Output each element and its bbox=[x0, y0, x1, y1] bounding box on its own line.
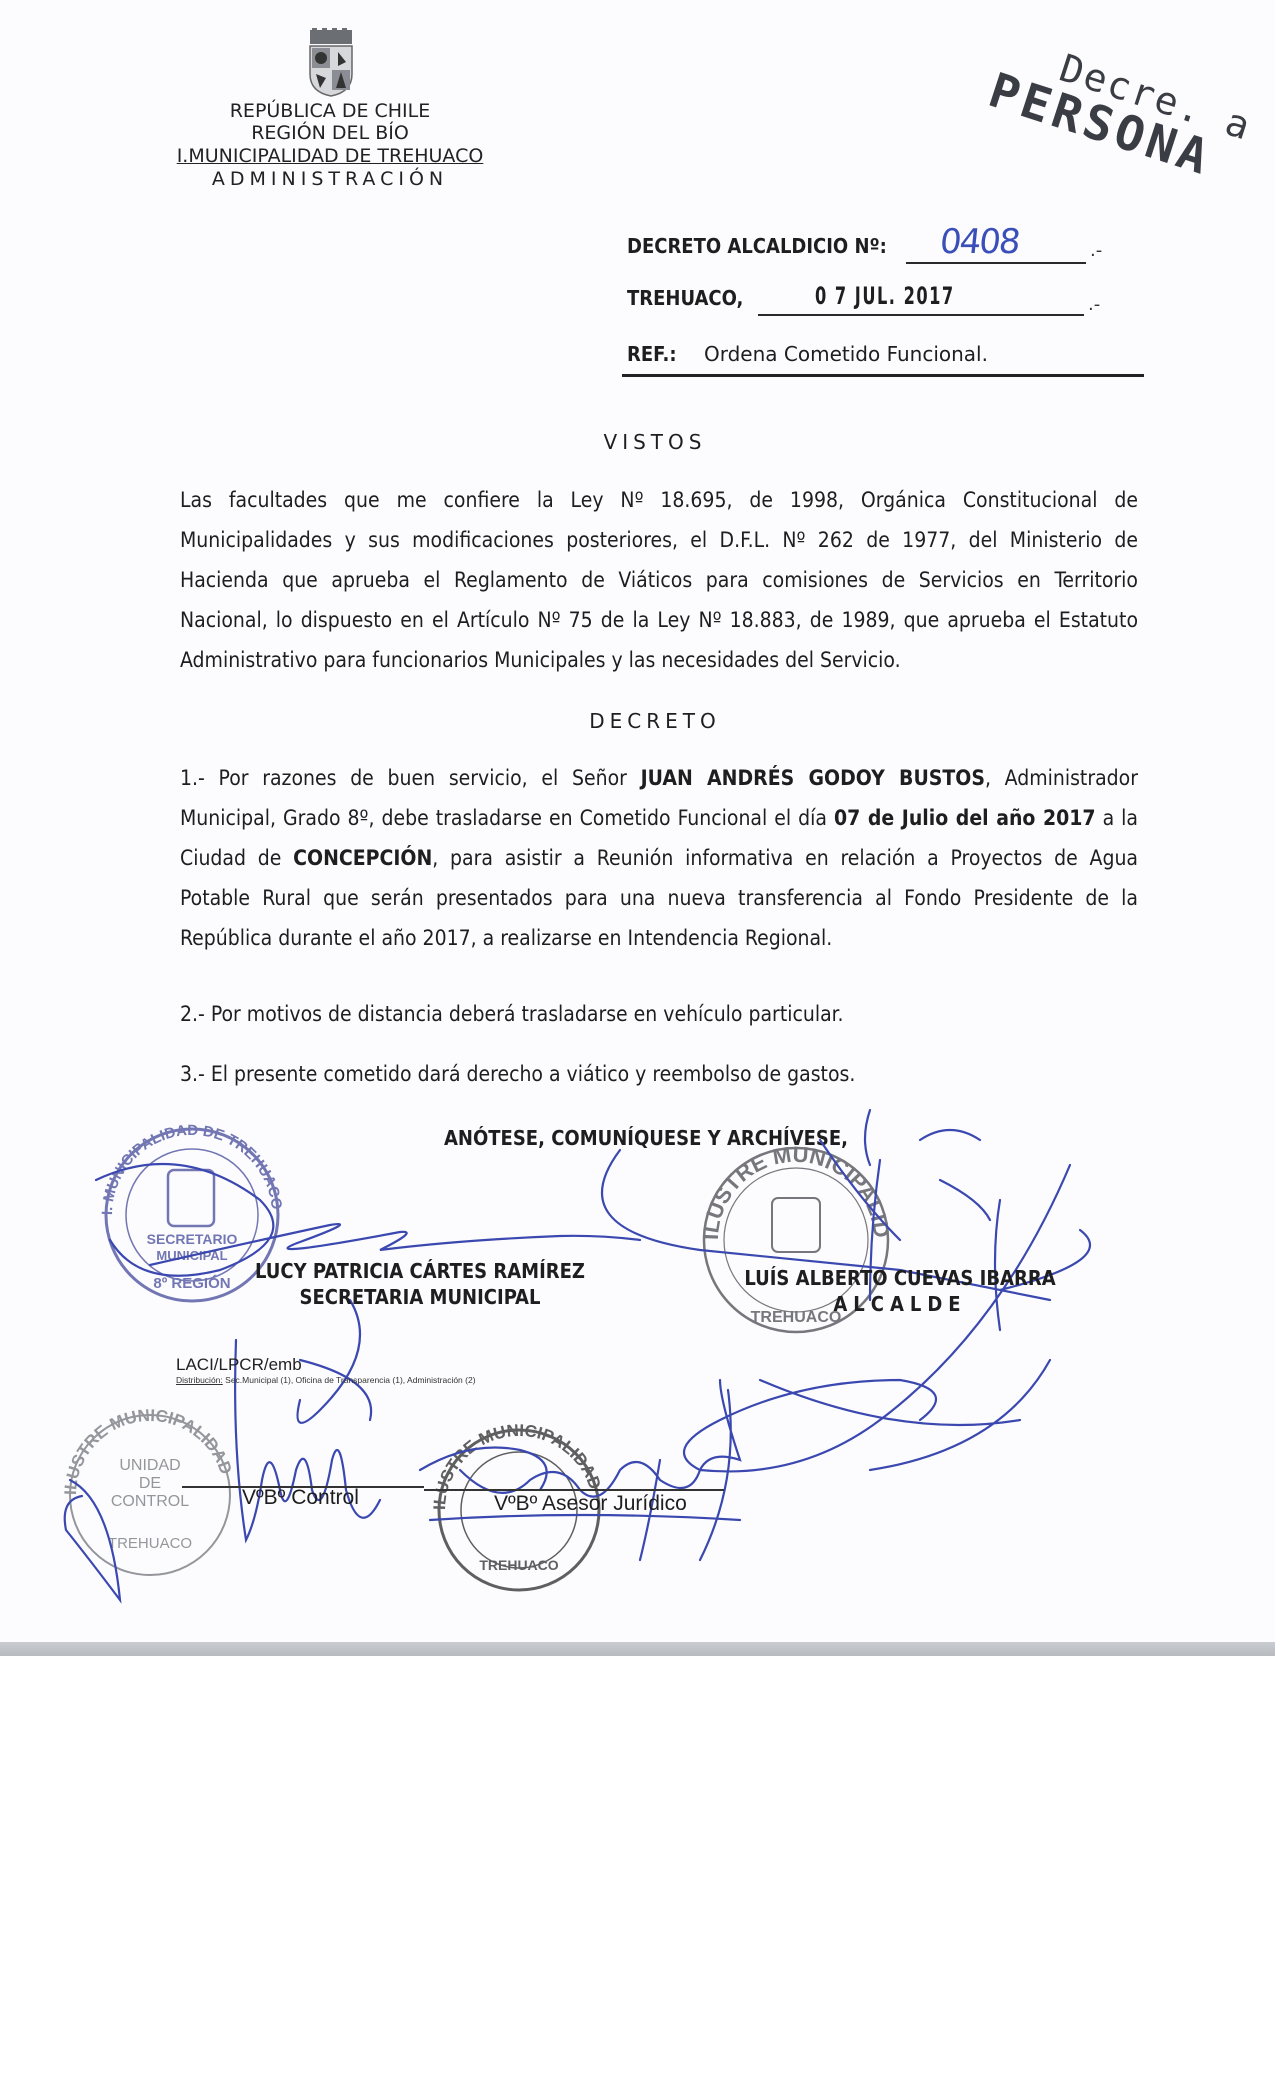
header-republic: REPÚBLICA DE CHILE bbox=[150, 100, 510, 122]
alcalde-title: ALCALDE bbox=[700, 1292, 1100, 1316]
ref-value: Ordena Cometido Funcional. bbox=[704, 342, 988, 366]
page-bottom-edge bbox=[0, 1642, 1275, 1656]
juridico-signature-line bbox=[424, 1489, 724, 1491]
coat-of-arms-icon bbox=[298, 28, 364, 98]
official-name: JUAN ANDRÉS GODOY BUSTOS bbox=[641, 766, 985, 790]
decree-number-value: 0408 bbox=[938, 222, 1021, 262]
secretaria-title: SECRETARIA MUNICIPAL bbox=[205, 1285, 635, 1309]
date-suffix: .- bbox=[1088, 294, 1100, 315]
decree-number-suffix: .- bbox=[1090, 240, 1102, 261]
vb-juridico-label: VºBº Asesor Jurídico bbox=[494, 1492, 687, 1516]
decree-number-label: DECRETO ALCALDICIO Nº: bbox=[627, 234, 887, 258]
vb-control-label: VºBº Control bbox=[242, 1486, 359, 1510]
vistos-paragraph: Las facultades que me confiere la Ley Nº… bbox=[180, 480, 1138, 680]
header-department: ADMINISTRACIÓN bbox=[150, 168, 510, 190]
ref-label: REF.: bbox=[627, 342, 677, 366]
distribution-list: Distribución: Sec.Municipal (1), Oficina… bbox=[176, 1375, 476, 1385]
ref-underline bbox=[622, 374, 1144, 377]
decree-item-1: 1.- Por razones de buen servicio, el Señ… bbox=[180, 758, 1138, 958]
decree-item-3: 3.- El presente cometido dará derecho a … bbox=[180, 1054, 1138, 1094]
closing-formula: ANÓTESE, COMUNÍQUESE Y ARCHÍVESE, bbox=[444, 1126, 848, 1150]
destination-city: CONCEPCIÓN bbox=[293, 846, 432, 870]
alcalde-name: LUÍS ALBERTO CUEVAS IBARRA bbox=[700, 1266, 1100, 1290]
author-initials: LACI/LPCR/emb bbox=[176, 1355, 302, 1375]
date-stamp-value: 0 7 JUL. 2017 bbox=[815, 282, 955, 310]
decree-item-2: 2.- Por motivos de distancia deberá tras… bbox=[180, 994, 1138, 1034]
header-municipality: I.MUNICIPALIDAD DE TREHUACO bbox=[150, 145, 510, 167]
vistos-heading: VISTOS bbox=[0, 430, 1275, 454]
secretaria-name: LUCY PATRICIA CÁRTES RAMÍREZ bbox=[205, 1259, 635, 1283]
header-region: REGIÓN DEL BÍO bbox=[150, 122, 510, 144]
place-label: TREHUACO, bbox=[627, 286, 743, 310]
commission-date: 07 de Julio del año 2017 bbox=[834, 806, 1096, 830]
decreto-heading: DECRETO bbox=[0, 709, 1275, 733]
